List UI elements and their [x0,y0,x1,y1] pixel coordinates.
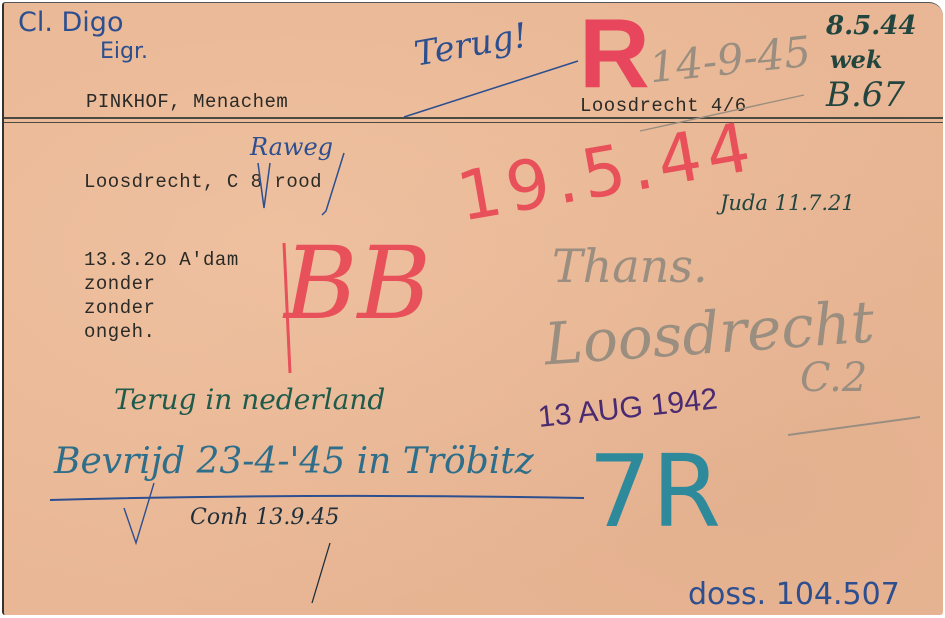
archive-index-card: Cl. Digo Eigr. PINKHOF, Menachem Terug! … [2,2,943,615]
handwriting-strokes [4,3,943,615]
